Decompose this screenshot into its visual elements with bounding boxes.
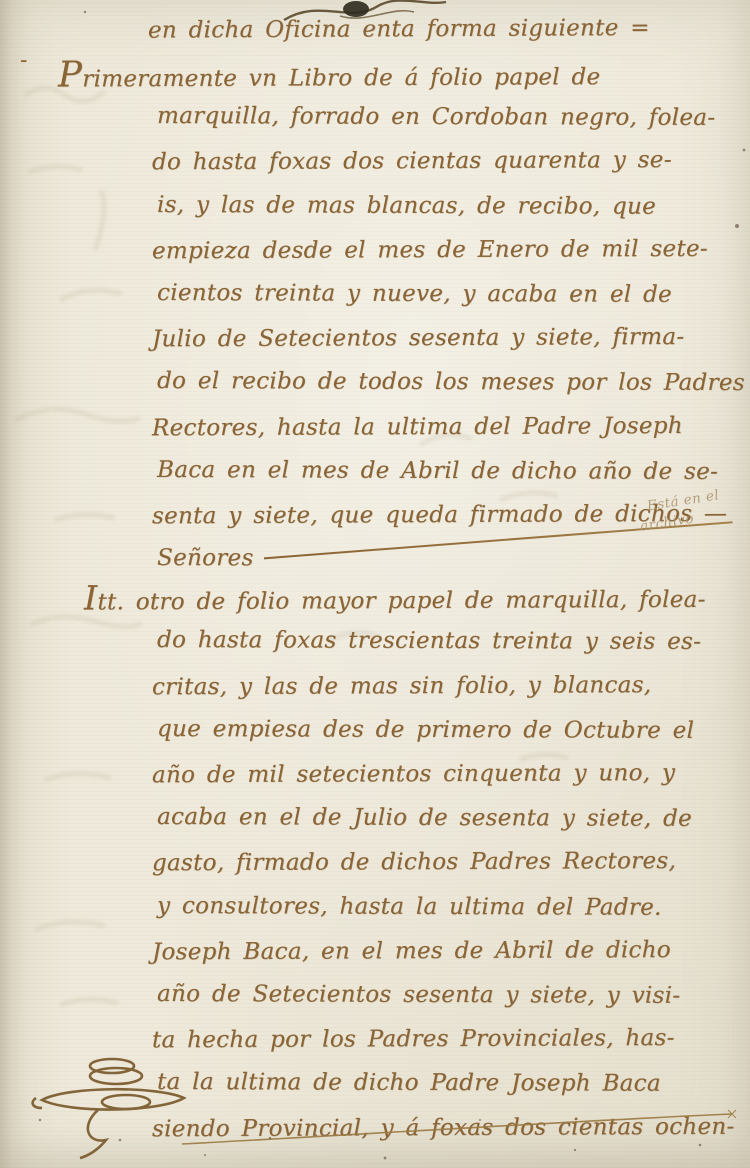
manuscript-text-block: en dicha Oficina enta forma siguiente = … [0,0,750,1159]
manuscript-line-text: Primeramente vn Libro de á folio papel d… [58,64,601,92]
manuscript-line: Primeramente vn Libro de á folio papel d… [58,58,750,105]
manuscript-opening-line: en dicha Oficina enta forma siguiente = [148,14,750,61]
manuscript-line: do el recibo de todos los meses por los … [157,368,750,414]
manuscript-line: empieza desde el mes de Enero de mil set… [152,235,750,282]
manuscript-line-text: marquilla, forrado en Cordoban negro, fo… [157,103,715,131]
manuscript-line: y consultores, hasta la ultima del Padre… [157,893,750,939]
manuscript-line: Julio de Setecientos sesenta y siete, fi… [152,324,750,371]
manuscript-line-text: siendo Provincial, y á foxas dos cientas… [152,1113,735,1142]
manuscript-line-text: Baca en el mes de Abril de dicho año de … [157,457,718,485]
manuscript-line: que empiesa des de primero de Octubre el [157,716,750,762]
manuscript-line-text: do el recibo de todos los meses por los … [157,368,745,396]
manuscript-line: Joseph Baca, en el mes de Abril de dicho [152,936,750,983]
manuscript-page: - en dicha Oficina enta forma siguiente … [0,0,750,1168]
manuscript-line: año de Setecientos sesenta y siete, y vi… [157,981,750,1027]
manuscript-line-text: que empiesa des de primero de Octubre el [157,716,694,744]
manuscript-line-text: do hasta foxas trescientas treinta y sei… [157,627,701,655]
manuscript-line: año de mil setecientos cinquenta y uno, … [152,760,750,807]
manuscript-line: siendo Provincial, y á foxas dos cientas… [152,1113,750,1160]
manuscript-line-text: año de mil setecientos cinquenta y uno, … [152,760,675,788]
manuscript-line: Itt. otro de folio mayor papel de marqui… [84,583,750,630]
manuscript-line: gasto, firmado de dichos Padres Rectores… [152,848,750,895]
manuscript-line-text: y consultores, hasta la ultima del Padre… [157,893,662,921]
manuscript-line: do hasta foxas trescientas treinta y sei… [157,627,750,673]
paragraph-primeramente: Primeramente vn Libro de á folio papel d… [0,60,750,590]
manuscript-line: do hasta foxas dos cientas quarenta y se… [152,147,750,194]
manuscript-line: critas, y las de mas sin folio, y blanca… [152,671,750,718]
manuscript-line-text: Rectores, hasta la ultima del Padre Jose… [152,412,683,440]
manuscript-line-text: ta hecha por los Padres Provinciales, ha… [152,1025,675,1053]
manuscript-line-text: Itt. otro de folio mayor papel de marqui… [84,587,706,616]
manuscript-line: is, y las de mas blancas, de recibo, que [157,192,750,238]
manuscript-line-text: año de Setecientos sesenta y siete, y vi… [157,981,680,1009]
paragraph-item-segundo: Itt. otro de folio mayor papel de marqui… [0,584,750,1158]
manuscript-line-text: gasto, firmado de dichos Padres Rectores… [152,848,676,876]
manuscript-line-text: is, y las de mas blancas, de recibo, que [157,192,656,220]
manuscript-line: cientos treinta y nueve, y acaba en el d… [157,280,750,326]
manuscript-line-text: empieza desde el mes de Enero de mil set… [152,236,708,264]
manuscript-line: ta la ultima de dicho Padre Joseph Baca [157,1069,750,1115]
manuscript-line: ta hecha por los Padres Provinciales, ha… [152,1025,750,1072]
manuscript-line-text: ta la ultima de dicho Padre Joseph Baca [157,1069,661,1097]
manuscript-line: marquilla, forrado en Cordoban negro, fo… [157,103,750,149]
manuscript-line-text: cientos treinta y nueve, y acaba en el d… [157,280,672,308]
manuscript-line: Rectores, hasta la ultima del Padre Jose… [152,412,750,459]
manuscript-line-text: Señores [157,545,254,571]
manuscript-line-text: do hasta foxas dos cientas quarenta y se… [152,147,672,175]
manuscript-line-text: critas, y las de mas sin folio, y blanca… [152,672,652,700]
manuscript-line: acaba en el de Julio de sesenta y siete,… [157,804,750,850]
manuscript-line-text: Joseph Baca, en el mes de Abril de dicho [152,937,671,965]
manuscript-line-text: acaba en el de Julio de sesenta y siete,… [157,804,692,832]
manuscript-line-text: Julio de Setecientos sesenta y siete, fi… [152,324,685,352]
